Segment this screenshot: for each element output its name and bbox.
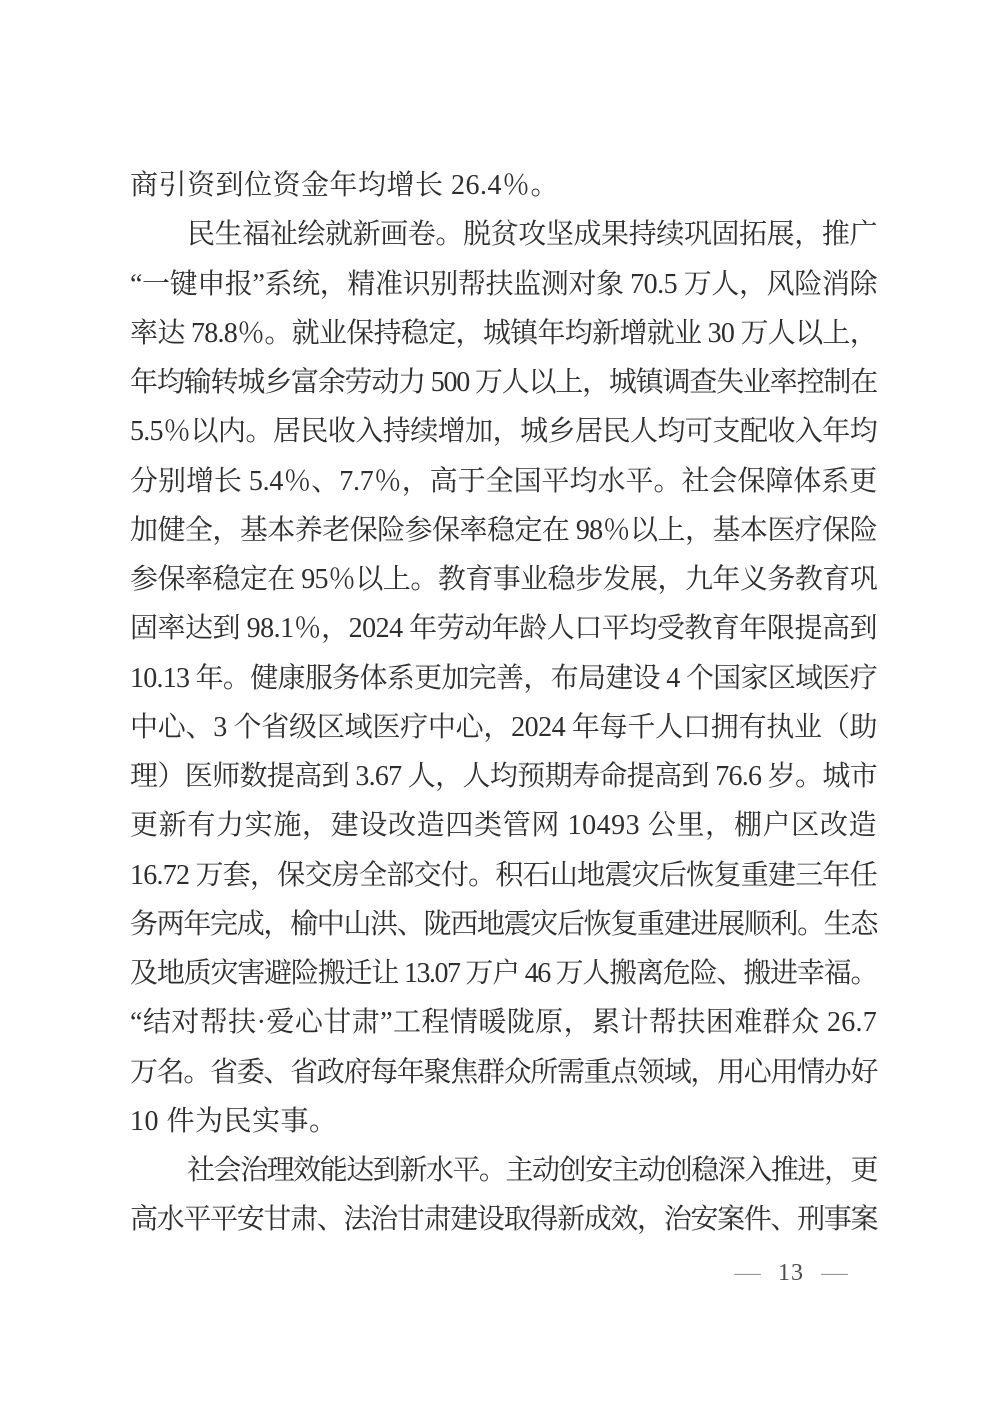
- document-page: 商引资到位资金年均增长 26.4％。民生福祉绘就新画卷。脱贫攻坚成果持续巩固拓展…: [0, 0, 1000, 1414]
- text-line: 中心、3 个省级区域医疗中心，2024 年每千人口拥有执业（助: [130, 703, 877, 752]
- text-line: 更新有力实施，建设改造四类管网 10493 公里，棚户区改造: [130, 801, 877, 850]
- text-line: 及地质灾害避险搬迁让 13.07 万户 46 万人搬离危险、搬进幸福。: [130, 949, 877, 998]
- text-line: 5.5％以内。居民收入持续增加，城乡居民人均可支配收入年均: [130, 407, 877, 456]
- text-line: 16.72 万套，保交房全部交付。积石山地震灾后恢复重建三年任: [130, 851, 877, 900]
- text-line: 参保率稳定在 95％以上。教育事业稳步发展，九年义务教育巩: [130, 555, 877, 604]
- text-line: 10 件为民实事。: [130, 1097, 877, 1146]
- text-line: 理）医师数提高到 3.67 人，人均预期寿命提高到 76.6 岁。城市: [130, 752, 877, 801]
- page-number: 13: [778, 1260, 804, 1287]
- text-line: 务两年完成，榆中山洪、陇西地震灾后恢复重建进展顺利。生态: [130, 900, 877, 949]
- text-line: 高水平平安甘肃、法治甘肃建设取得新成效，治安案件、刑事案: [130, 1195, 877, 1244]
- text-line: 年均输转城乡富余劳动力 500 万人以上，城镇调查失业率控制在: [130, 358, 877, 407]
- text-line: 10.13 年。健康服务体系更加完善，布局建设 4 个国家区域医疗: [130, 654, 877, 703]
- text-line: 社会治理效能达到新水平。主动创安主动创稳深入推进，更: [130, 1146, 877, 1195]
- document-body: 商引资到位资金年均增长 26.4％。民生福祉绘就新画卷。脱贫攻坚成果持续巩固拓展…: [130, 161, 877, 1245]
- text-line: 民生福祉绘就新画卷。脱贫攻坚成果持续巩固拓展，推广: [130, 210, 877, 259]
- text-line: 加健全，基本养老保险参保率稳定在 98％以上，基本医疗保险: [130, 506, 877, 555]
- text-line: 商引资到位资金年均增长 26.4％。: [130, 161, 877, 210]
- footer-dash-left: —: [734, 1260, 760, 1286]
- text-line: 率达 78.8％。就业保持稳定，城镇年均新增就业 30 万人以上，: [130, 309, 877, 358]
- text-line: 万名。省委、省政府每年聚焦群众所需重点领域，用心用情办好: [130, 1048, 877, 1097]
- text-line: “结对帮扶·爱心甘肃”工程情暖陇原，累计帮扶困难群众 26.7: [130, 998, 877, 1047]
- text-line: 固率达到 98.1％，2024 年劳动年龄人口平均受教育年限提高到: [130, 604, 877, 653]
- page-footer: — 13 —: [736, 1255, 846, 1291]
- text-line: 分别增长 5.4％、7.7％，高于全国平均水平。社会保障体系更: [130, 457, 877, 506]
- text-line: “一键申报”系统，精准识别帮扶监测对象 70.5 万人，风险消除: [130, 260, 877, 309]
- footer-dash-right: —: [821, 1260, 847, 1286]
